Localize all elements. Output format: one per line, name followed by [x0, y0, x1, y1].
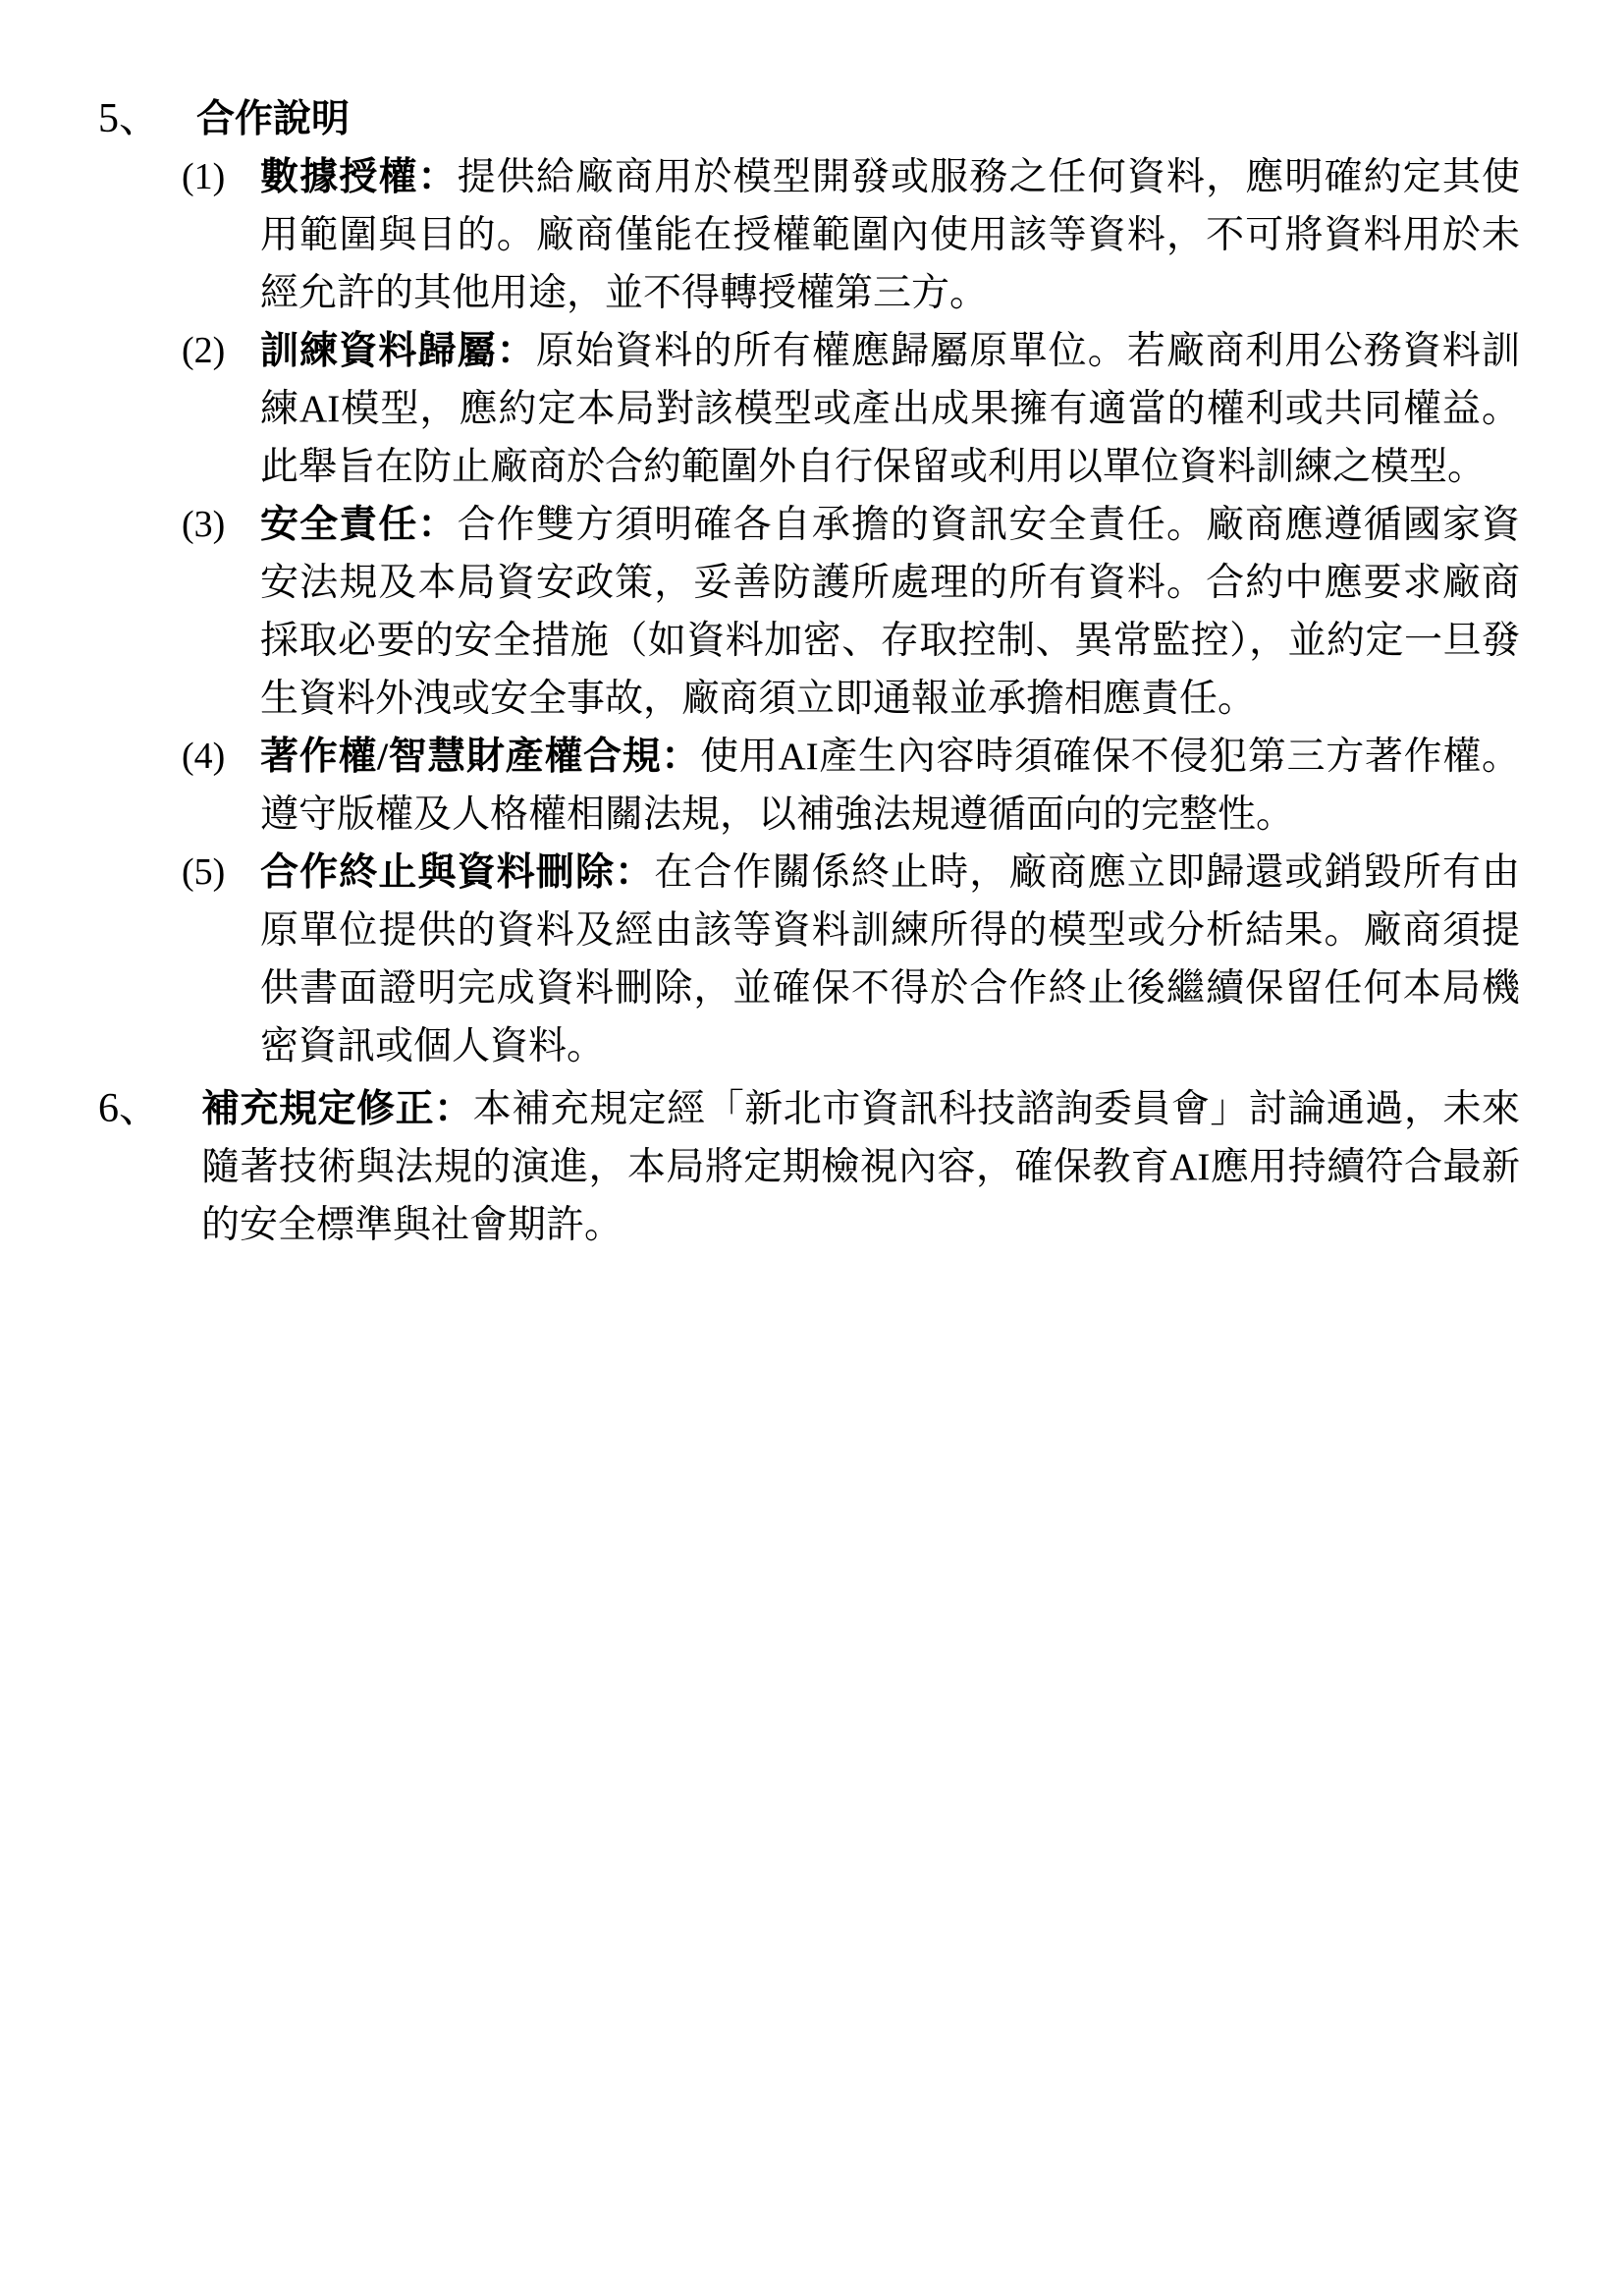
section-5-number: 5、: [98, 90, 196, 148]
item-2-term: 訓練資料歸屬：: [260, 330, 536, 372]
list-item-1: (1) 數據授權：提供給廠商用於模型開發或服務之任何資料，應明確約定其使用範圍與…: [98, 148, 1520, 322]
item-1-term: 數據授權：: [260, 156, 458, 198]
list-item-4: (4) 著作權/智慧財產權合規：使用AI產生內容時須確保不侵犯第三方著作權。遵守…: [98, 728, 1520, 844]
section-6-title: 補充規定修正：: [201, 1088, 473, 1130]
item-5-term: 合作終止與資料刪除：: [260, 851, 654, 894]
section-6-number: 6、: [98, 1080, 201, 1138]
list-item-3: (3) 安全責任：合作雙方須明確各自承擔的資訊安全責任。廠商應遵循國家資安法規及…: [98, 496, 1520, 728]
document-content: 5、 合作說明 (1) 數據授權：提供給廠商用於模型開發或服務之任何資料，應明確…: [98, 90, 1520, 1254]
document-page: 5、 合作說明 (1) 數據授權：提供給廠商用於模型開發或服務之任何資料，應明確…: [0, 0, 1624, 2296]
item-1-number: (1): [182, 148, 260, 206]
item-2-number: (2): [182, 322, 260, 380]
list-item-2: (2) 訓練資料歸屬：原始資料的所有權應歸屬原單位。若廠商利用公務資料訓練AI模…: [98, 322, 1520, 496]
item-1-text: 數據授權：提供給廠商用於模型開發或服務之任何資料，應明確約定其使用範圍與目的。廠…: [260, 148, 1520, 322]
item-5-text: 合作終止與資料刪除：在合作關係終止時，廠商應立即歸還或銷毀所有由原單位提供的資料…: [260, 844, 1520, 1075]
item-4-text: 著作權/智慧財產權合規：使用AI產生內容時須確保不侵犯第三方著作權。遵守版權及人…: [260, 728, 1520, 844]
item-4-term: 著作權/智慧財產權合規：: [260, 736, 700, 778]
section-6-text: 補充規定修正：本補充規定經「新北市資訊科技諮詢委員會」討論通過，未來隨著技術與法…: [201, 1080, 1520, 1254]
item-2-text: 訓練資料歸屬：原始資料的所有權應歸屬原單位。若廠商利用公務資料訓練AI模型，應約…: [260, 322, 1520, 496]
section-5-heading: 5、 合作說明: [98, 90, 1520, 148]
section-5-title: 合作說明: [196, 90, 350, 148]
item-3-text: 安全責任：合作雙方須明確各自承擔的資訊安全責任。廠商應遵循國家資安法規及本局資安…: [260, 496, 1520, 728]
list-item-5: (5) 合作終止與資料刪除：在合作關係終止時，廠商應立即歸還或銷毀所有由原單位提…: [98, 844, 1520, 1075]
section-6: 6、 補充規定修正：本補充規定經「新北市資訊科技諮詢委員會」討論通過，未來隨著技…: [98, 1080, 1520, 1254]
item-3-term: 安全責任：: [260, 504, 458, 546]
item-3-number: (3): [182, 496, 260, 554]
item-4-number: (4): [182, 728, 260, 786]
item-5-number: (5): [182, 844, 260, 902]
